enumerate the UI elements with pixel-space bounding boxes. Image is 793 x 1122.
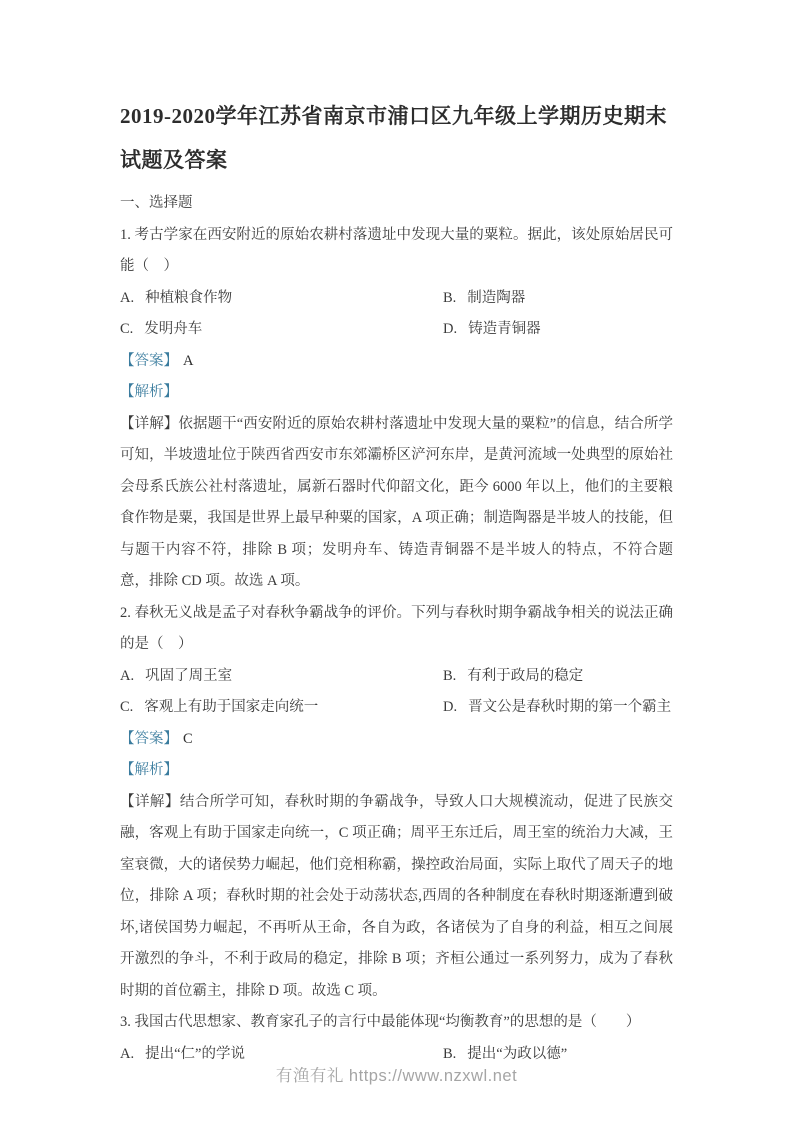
question-3-stem: 3. 我国古代思想家、教育家孔子的言行中最能体现“均衡教育”的思想的是（ ） [120, 1007, 673, 1039]
footer-watermark: 有渔有礼 https://www.nzxwl.net [0, 1062, 793, 1086]
question-1-answer-line: 【答案】A [120, 346, 673, 378]
option-key: A. [120, 290, 134, 306]
question-3: 3. 我国古代思想家、教育家孔子的言行中最能体现“均衡教育”的思想的是（ ） A… [120, 1007, 673, 1070]
question-2: 2. 春秋无义战是孟子对春秋争霸战争的评价。下列与春秋时期争霸战争相关的说法正确… [120, 598, 673, 1008]
option-key: B. [443, 290, 456, 306]
question-2-options-row-2: C.客观上有助于国家走向统一 D.晋文公是春秋时期的第一个霸主 [120, 692, 673, 724]
question-2-option-b: B.有利于政局的稳定 [443, 661, 583, 693]
question-2-detail: 【详解】结合所学可知，春秋时期的争霸战争，导致人口大规模流动，促进了民族交融，客… [120, 787, 673, 1008]
option-text: 种植粮食作物 [145, 290, 232, 306]
option-key: B. [443, 668, 456, 684]
option-text: 提出“仁”的学说 [145, 1046, 245, 1062]
option-key: D. [443, 321, 457, 337]
option-text: 制造陶器 [467, 290, 525, 306]
option-text: 晋文公是春秋时期的第一个霸主 [468, 699, 671, 715]
section-heading: 一、选择题 [120, 188, 673, 220]
question-2-option-a: A.巩固了周王室 [120, 661, 443, 693]
option-text: 铸造青铜器 [468, 321, 541, 337]
document-title: 2019-2020学年江苏省南京市浦口区九年级上学期历史期末试题及答案 [120, 94, 673, 182]
option-text: 客观上有助于国家走向统一 [144, 699, 318, 715]
analysis-label: 【解析】 [120, 762, 178, 778]
question-1-options-row-1: A.种植粮食作物 B.制造陶器 [120, 283, 673, 315]
answer-label: 【答案】 [120, 731, 178, 747]
question-1-option-b: B.制造陶器 [443, 283, 525, 315]
question-1-option-a: A.种植粮食作物 [120, 283, 443, 315]
question-1-stem: 1. 考古学家在西安附近的原始农耕村落遗址中发现大量的粟粒。据此，该处原始居民可… [120, 220, 673, 283]
document-page: 2019-2020学年江苏省南京市浦口区九年级上学期历史期末试题及答案 一、选择… [0, 0, 793, 1122]
answer-label: 【答案】 [120, 353, 178, 369]
question-2-option-d: D.晋文公是春秋时期的第一个霸主 [443, 692, 671, 724]
option-text: 提出“为政以德” [467, 1046, 567, 1062]
question-1-detail: 【详解】依据题干“西安附近的原始农耕村落遗址中发现大量的粟粒”的信息，结合所学可… [120, 409, 673, 598]
question-2-options-row-1: A.巩固了周王室 B.有利于政局的稳定 [120, 661, 673, 693]
answer-value: A [183, 353, 193, 369]
analysis-label: 【解析】 [120, 384, 178, 400]
question-1-option-c: C.发明舟车 [120, 314, 443, 346]
option-text: 发明舟车 [144, 321, 202, 337]
question-2-option-c: C.客观上有助于国家走向统一 [120, 692, 443, 724]
option-text: 有利于政局的稳定 [467, 668, 583, 684]
question-2-answer-line: 【答案】C [120, 724, 673, 756]
answer-value: C [183, 731, 193, 747]
question-2-stem: 2. 春秋无义战是孟子对春秋争霸战争的评价。下列与春秋时期争霸战争相关的说法正确… [120, 598, 673, 661]
option-key: D. [443, 699, 457, 715]
question-1-options-row-2: C.发明舟车 D.铸造青铜器 [120, 314, 673, 346]
option-text: 巩固了周王室 [145, 668, 232, 684]
option-key: C. [120, 699, 133, 715]
option-key: A. [120, 1046, 134, 1062]
option-key: C. [120, 321, 133, 337]
question-1-option-d: D.铸造青铜器 [443, 314, 541, 346]
question-1: 1. 考古学家在西安附近的原始农耕村落遗址中发现大量的粟粒。据此，该处原始居民可… [120, 220, 673, 598]
option-key: B. [443, 1046, 456, 1062]
option-key: A. [120, 668, 134, 684]
question-1-analysis-line: 【解析】 [120, 377, 673, 409]
question-2-analysis-line: 【解析】 [120, 755, 673, 787]
